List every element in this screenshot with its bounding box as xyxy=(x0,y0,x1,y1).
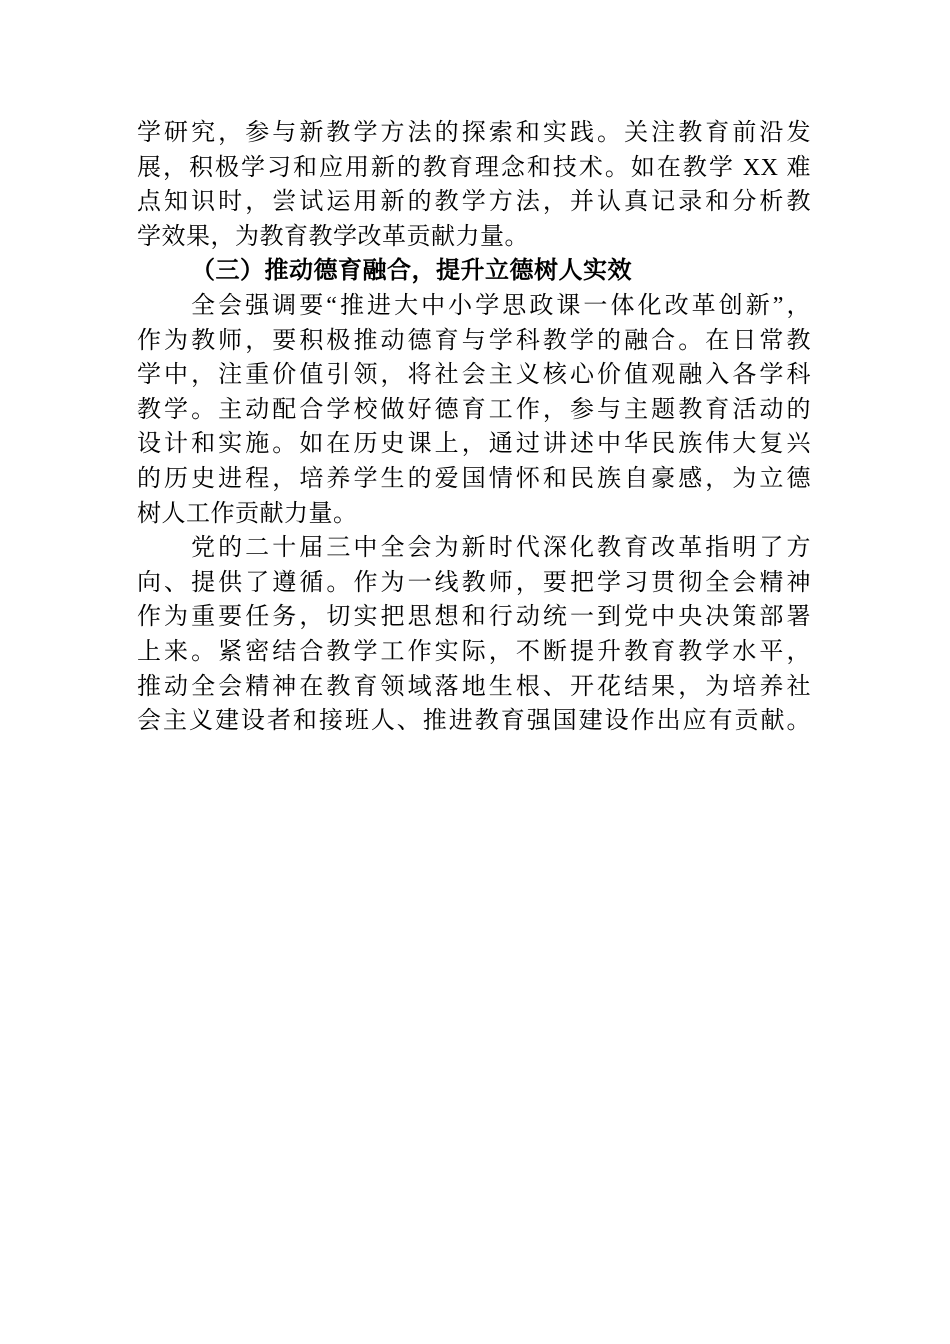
paragraph-line: 学中，注重价值引领，将社会主义核心价值观融入各学科 xyxy=(137,358,811,393)
paragraph-line: 展，积极学习和应用新的教育理念和技术。如在教学 XX 难 xyxy=(137,151,811,186)
paragraph-line: 设计和实施。如在历史课上，通过讲述中华民族伟大复兴 xyxy=(137,427,811,462)
paragraph-line: 教学。主动配合学校做好德育工作，参与主题教育活动的 xyxy=(137,393,811,428)
paragraph-line: 学研究，参与新教学方法的探索和实践。关注教育前沿发 xyxy=(137,116,811,151)
paragraph-line: 全会强调要“推进大中小学思政课一体化改革创新”， xyxy=(137,289,811,324)
paragraph-line: 点知识时，尝试运用新的教学方法，并认真记录和分析教 xyxy=(137,185,811,220)
paragraph-line: 作为教师，要积极推动德育与学科教学的融合。在日常教 xyxy=(137,324,811,359)
paragraph-line: 向、提供了遵循。作为一线教师，要把学习贯彻全会精神 xyxy=(137,566,811,601)
paragraph-line: 作为重要任务，切实把思想和行动统一到党中央决策部署 xyxy=(137,600,811,635)
paragraph-line: 学效果，为教育教学改革贡献力量。 xyxy=(137,220,811,255)
paragraph-line: 树人工作贡献力量。 xyxy=(137,497,811,532)
paragraph-line: 会主义建设者和接班人、推进教育强国建设作出应有贡献。 xyxy=(137,704,811,739)
paragraph-line: 的历史进程，培养学生的爱国情怀和民族自豪感，为立德 xyxy=(137,462,811,497)
paragraph-line: 上来。紧密结合教学工作实际，不断提升教育教学水平， xyxy=(137,635,811,670)
document-text-block: 学研究，参与新教学方法的探索和实践。关注教育前沿发 展，积极学习和应用新的教育理… xyxy=(137,116,811,739)
paragraph-line: 党的二十届三中全会为新时代深化教育改革指明了方 xyxy=(137,531,811,566)
paragraph-line: 推动全会精神在教育领域落地生根、开花结果，为培养社 xyxy=(137,670,811,705)
document-page: 学研究，参与新教学方法的探索和实践。关注教育前沿发 展，积极学习和应用新的教育理… xyxy=(0,0,950,1344)
section-heading: （三）推动德育融合，提升立德树人实效 xyxy=(137,254,811,289)
